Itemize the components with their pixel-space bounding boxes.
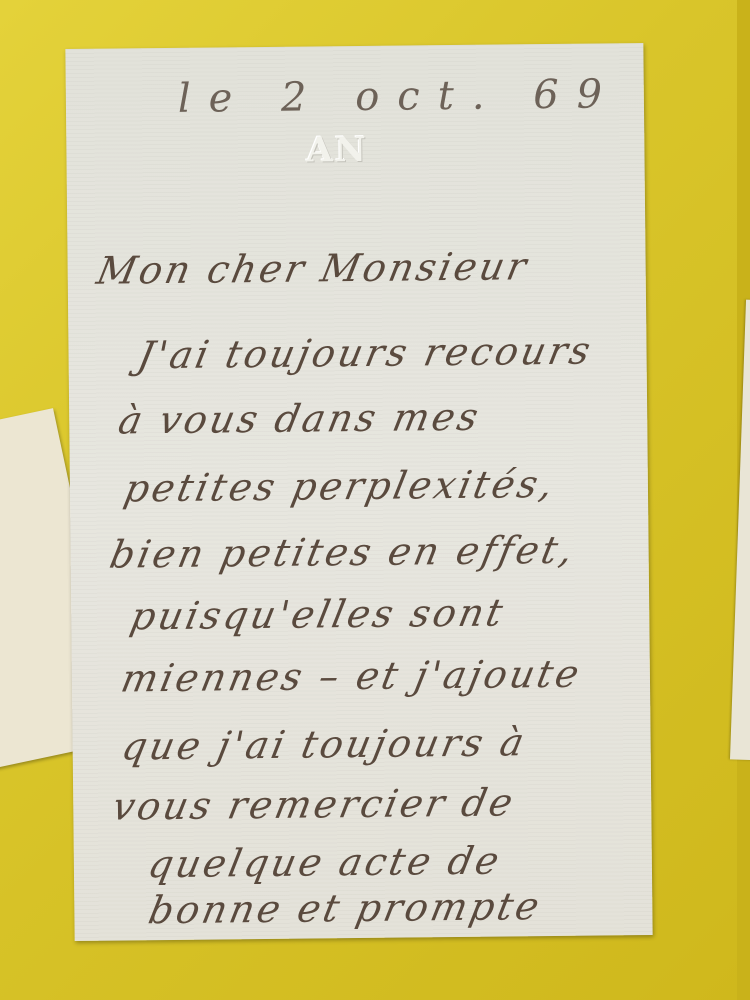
- letter-line: puisqu'elles sont: [127, 590, 510, 638]
- letter-sheet: le 2 oct. 69 AN Mon cher Monsieur J'ai t…: [65, 43, 652, 941]
- letter-line: quelque acte de: [144, 838, 505, 886]
- fragment-line: ...perplexi...: [0, 470, 8, 605]
- letter-line: bonne et prompte: [145, 884, 546, 932]
- salutation: Mon cher Monsieur: [93, 244, 533, 293]
- left-fragment-text: ...perplexi... ...pour... ...tion: [0, 470, 8, 633]
- letter-line: bien petites en effet,: [106, 528, 579, 577]
- letter-line: à vous dans mes: [115, 395, 485, 443]
- letter-line: petites perplexités,: [121, 462, 560, 511]
- letter-date: le 2 oct. 69: [178, 71, 621, 122]
- letter-line: J'ai toujours recours: [134, 328, 597, 377]
- letter-line: que j'ai toujours à: [118, 720, 531, 768]
- letter-line: miennes – et j'ajoute: [117, 652, 585, 701]
- letter-line: vous remercier de: [109, 780, 520, 828]
- embossed-monogram: AN: [306, 130, 368, 171]
